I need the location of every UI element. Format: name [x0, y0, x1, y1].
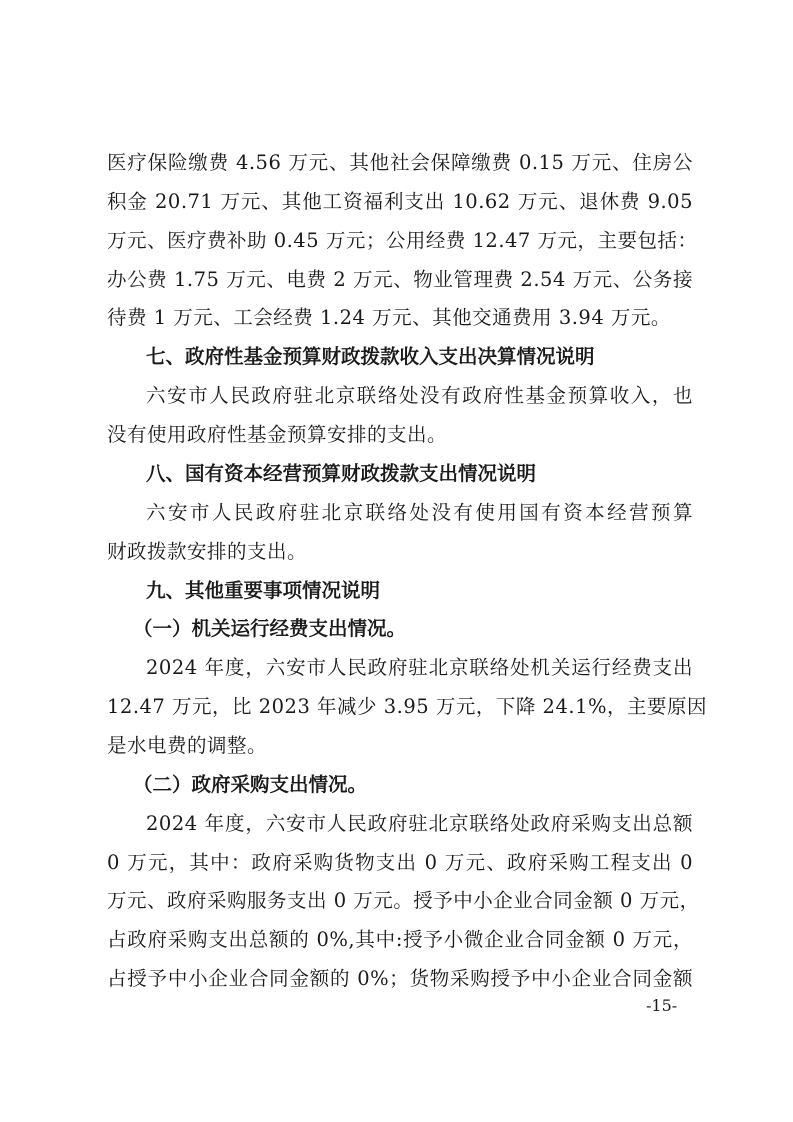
- page-number: -15-: [646, 996, 677, 1016]
- paragraph-line: 12.47 万元，比 2023 年减少 3.95 万元，下降 24.1%，主要原…: [107, 695, 693, 719]
- section-heading-8: 八、国有资本经营预算财政拨款支出情况说明: [146, 462, 536, 486]
- paragraph-line: 万元、医疗费补助 0.45 万元；公用经费 12.47 万元，主要包括：: [107, 229, 693, 253]
- paragraph-line: 医疗保险缴费 4.56 万元、其他社会保障缴费 0.15 万元、住房公: [107, 151, 693, 175]
- document-page: 医疗保险缴费 4.56 万元、其他社会保障缴费 0.15 万元、住房公 积金 2…: [0, 0, 793, 1122]
- subsection-heading-1: （一）机关运行经费支出情况。: [133, 617, 406, 641]
- paragraph-line: 财政拨款安排的支出。: [107, 540, 693, 564]
- paragraph-line: 0 万元，其中：政府采购货物支出 0 万元、政府采购工程支出 0: [107, 851, 693, 875]
- paragraph-line: 办公费 1.75 万元、电费 2 万元、物业管理费 2.54 万元、公务接: [107, 268, 693, 292]
- paragraph-line: 没有使用政府性基金预算安排的支出。: [107, 423, 693, 447]
- paragraph-line: 占政府采购支出总额的 0%,其中:授予小微企业合同金额 0 万元，: [107, 928, 693, 952]
- paragraph-line: 积金 20.71 万元、其他工资福利支出 10.62 万元、退休费 9.05: [107, 190, 693, 214]
- paragraph-line: 六安市人民政府驻北京联络处没有政府性基金预算收入，也: [146, 384, 693, 408]
- paragraph-line: 2024 年度，六安市人民政府驻北京联络处机关运行经费支出: [146, 656, 693, 680]
- paragraph-line: 占授予中小企业合同金额的 0%；货物采购授予中小企业合同金额: [107, 967, 693, 991]
- section-heading-7: 七、政府性基金预算财政拨款收入支出决算情况说明: [146, 345, 595, 369]
- paragraph-line: 是水电费的调整。: [107, 734, 693, 758]
- section-heading-9: 九、其他重要事项情况说明: [146, 579, 380, 603]
- subsection-heading-2: （二）政府采购支出情况。: [133, 773, 367, 797]
- paragraph-line: 2024 年度，六安市人民政府驻北京联络处政府采购支出总额: [146, 812, 693, 836]
- paragraph-line: 六安市人民政府驻北京联络处没有使用国有资本经营预算: [146, 501, 693, 525]
- paragraph-line: 万元、政府采购服务支出 0 万元。授予中小企业合同金额 0 万元，: [107, 889, 693, 913]
- paragraph-line: 待费 1 万元、工会经费 1.24 万元、其他交通费用 3.94 万元。: [107, 306, 693, 330]
